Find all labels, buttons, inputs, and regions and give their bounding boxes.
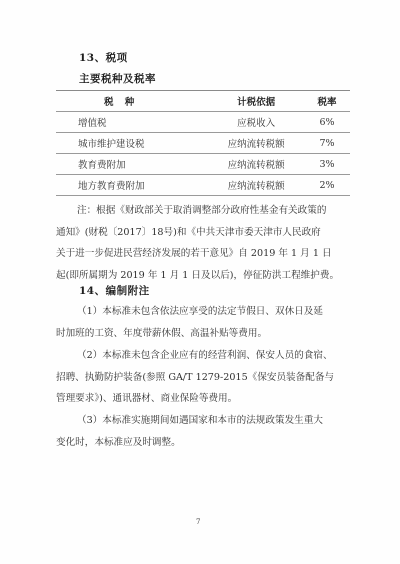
- page-number: 7: [196, 518, 200, 526]
- tax-note-paragraph: 注：根据《财政部关于取消调整部分政府性基金有关政策的 通知》(财税〔2017〕1…: [56, 200, 352, 286]
- section-14-title: 14、编制附注: [79, 283, 150, 298]
- header-tax-type: 税 种: [56, 91, 208, 112]
- table-row: 教育费附加 应纳流转税额 3%: [56, 154, 350, 175]
- note-line: 关于进一步促进民营经济发展的若干意见》自 2019 年 1 月 1 日: [56, 243, 352, 265]
- section-13-title: 13、税项: [79, 50, 128, 65]
- header-tax-basis: 计税依据: [208, 91, 304, 112]
- header-tax-rate: 税率: [304, 91, 350, 112]
- tax-type-cell: 增值税: [56, 112, 208, 133]
- note-item-2: （2）本标准未包含企业应有的经营利润、保安人员的食宿、 招聘、执勤防护装备(参照…: [56, 345, 352, 410]
- note-item-line: （3）本标准实施期间如遇国家和本市的法规政策发生重大: [56, 410, 352, 432]
- tax-basis-cell: 应纳流转税额: [208, 133, 304, 154]
- table-row: 增值税 应税收入 6%: [56, 112, 350, 133]
- note-item-1: （1）本标准未包含依法应享受的法定节假日、双休日及延 时加班的工资、年度带薪休假…: [56, 301, 352, 344]
- tax-rate-cell: 6%: [304, 112, 350, 133]
- note-item-line: 招聘、执勤防护装备(参照 GA/T 1279-2015《保安员装备配备与: [56, 367, 352, 389]
- table-row: 城市维护建设税 应纳流转税额 7%: [56, 133, 350, 154]
- tax-basis-cell: 应纳流转税额: [208, 175, 304, 196]
- tax-rate-cell: 7%: [304, 133, 350, 154]
- tax-basis-cell: 应纳流转税额: [208, 154, 304, 175]
- tax-type-cell: 教育费附加: [56, 154, 208, 175]
- tax-basis-cell: 应税收入: [208, 112, 304, 133]
- document-page: 13、税项 主要税种及税率 税 种 计税依据 税率 增值税 应税收入 6% 城市…: [0, 0, 400, 564]
- tax-type-cell: 城市维护建设税: [56, 133, 208, 154]
- table-header-row: 税 种 计税依据 税率: [56, 91, 350, 112]
- tax-type-cell: 地方教育费附加: [56, 175, 208, 196]
- note-item-line: （2）本标准未包含企业应有的经营利润、保安人员的食宿、: [56, 345, 352, 367]
- note-item-3: （3）本标准实施期间如遇国家和本市的法规政策发生重大 变化时，本标准应及时调整。: [56, 410, 352, 453]
- note-line: 注：根据《财政部关于取消调整部分政府性基金有关政策的: [56, 200, 352, 222]
- note-item-line: 管理要求》)、通讯器材、商业保险等费用。: [56, 388, 352, 410]
- note-item-line: 变化时，本标准应及时调整。: [56, 432, 352, 454]
- table-row: 地方教育费附加 应纳流转税额 2%: [56, 175, 350, 196]
- tax-rate-cell: 3%: [304, 154, 350, 175]
- note-item-line: （1）本标准未包含依法应享受的法定节假日、双休日及延: [56, 301, 352, 323]
- tax-table-caption: 主要税种及税率: [79, 71, 156, 86]
- tax-rate-table: 税 种 计税依据 税率 增值税 应税收入 6% 城市维护建设税 应纳流转税额 7…: [56, 90, 350, 196]
- tax-rate-cell: 2%: [304, 175, 350, 196]
- note-item-line: 时加班的工资、年度带薪休假、高温补贴等费用。: [56, 323, 352, 345]
- note-line: 通知》(财税〔2017〕18号)和《中共天津市委天津市人民政府: [56, 222, 352, 244]
